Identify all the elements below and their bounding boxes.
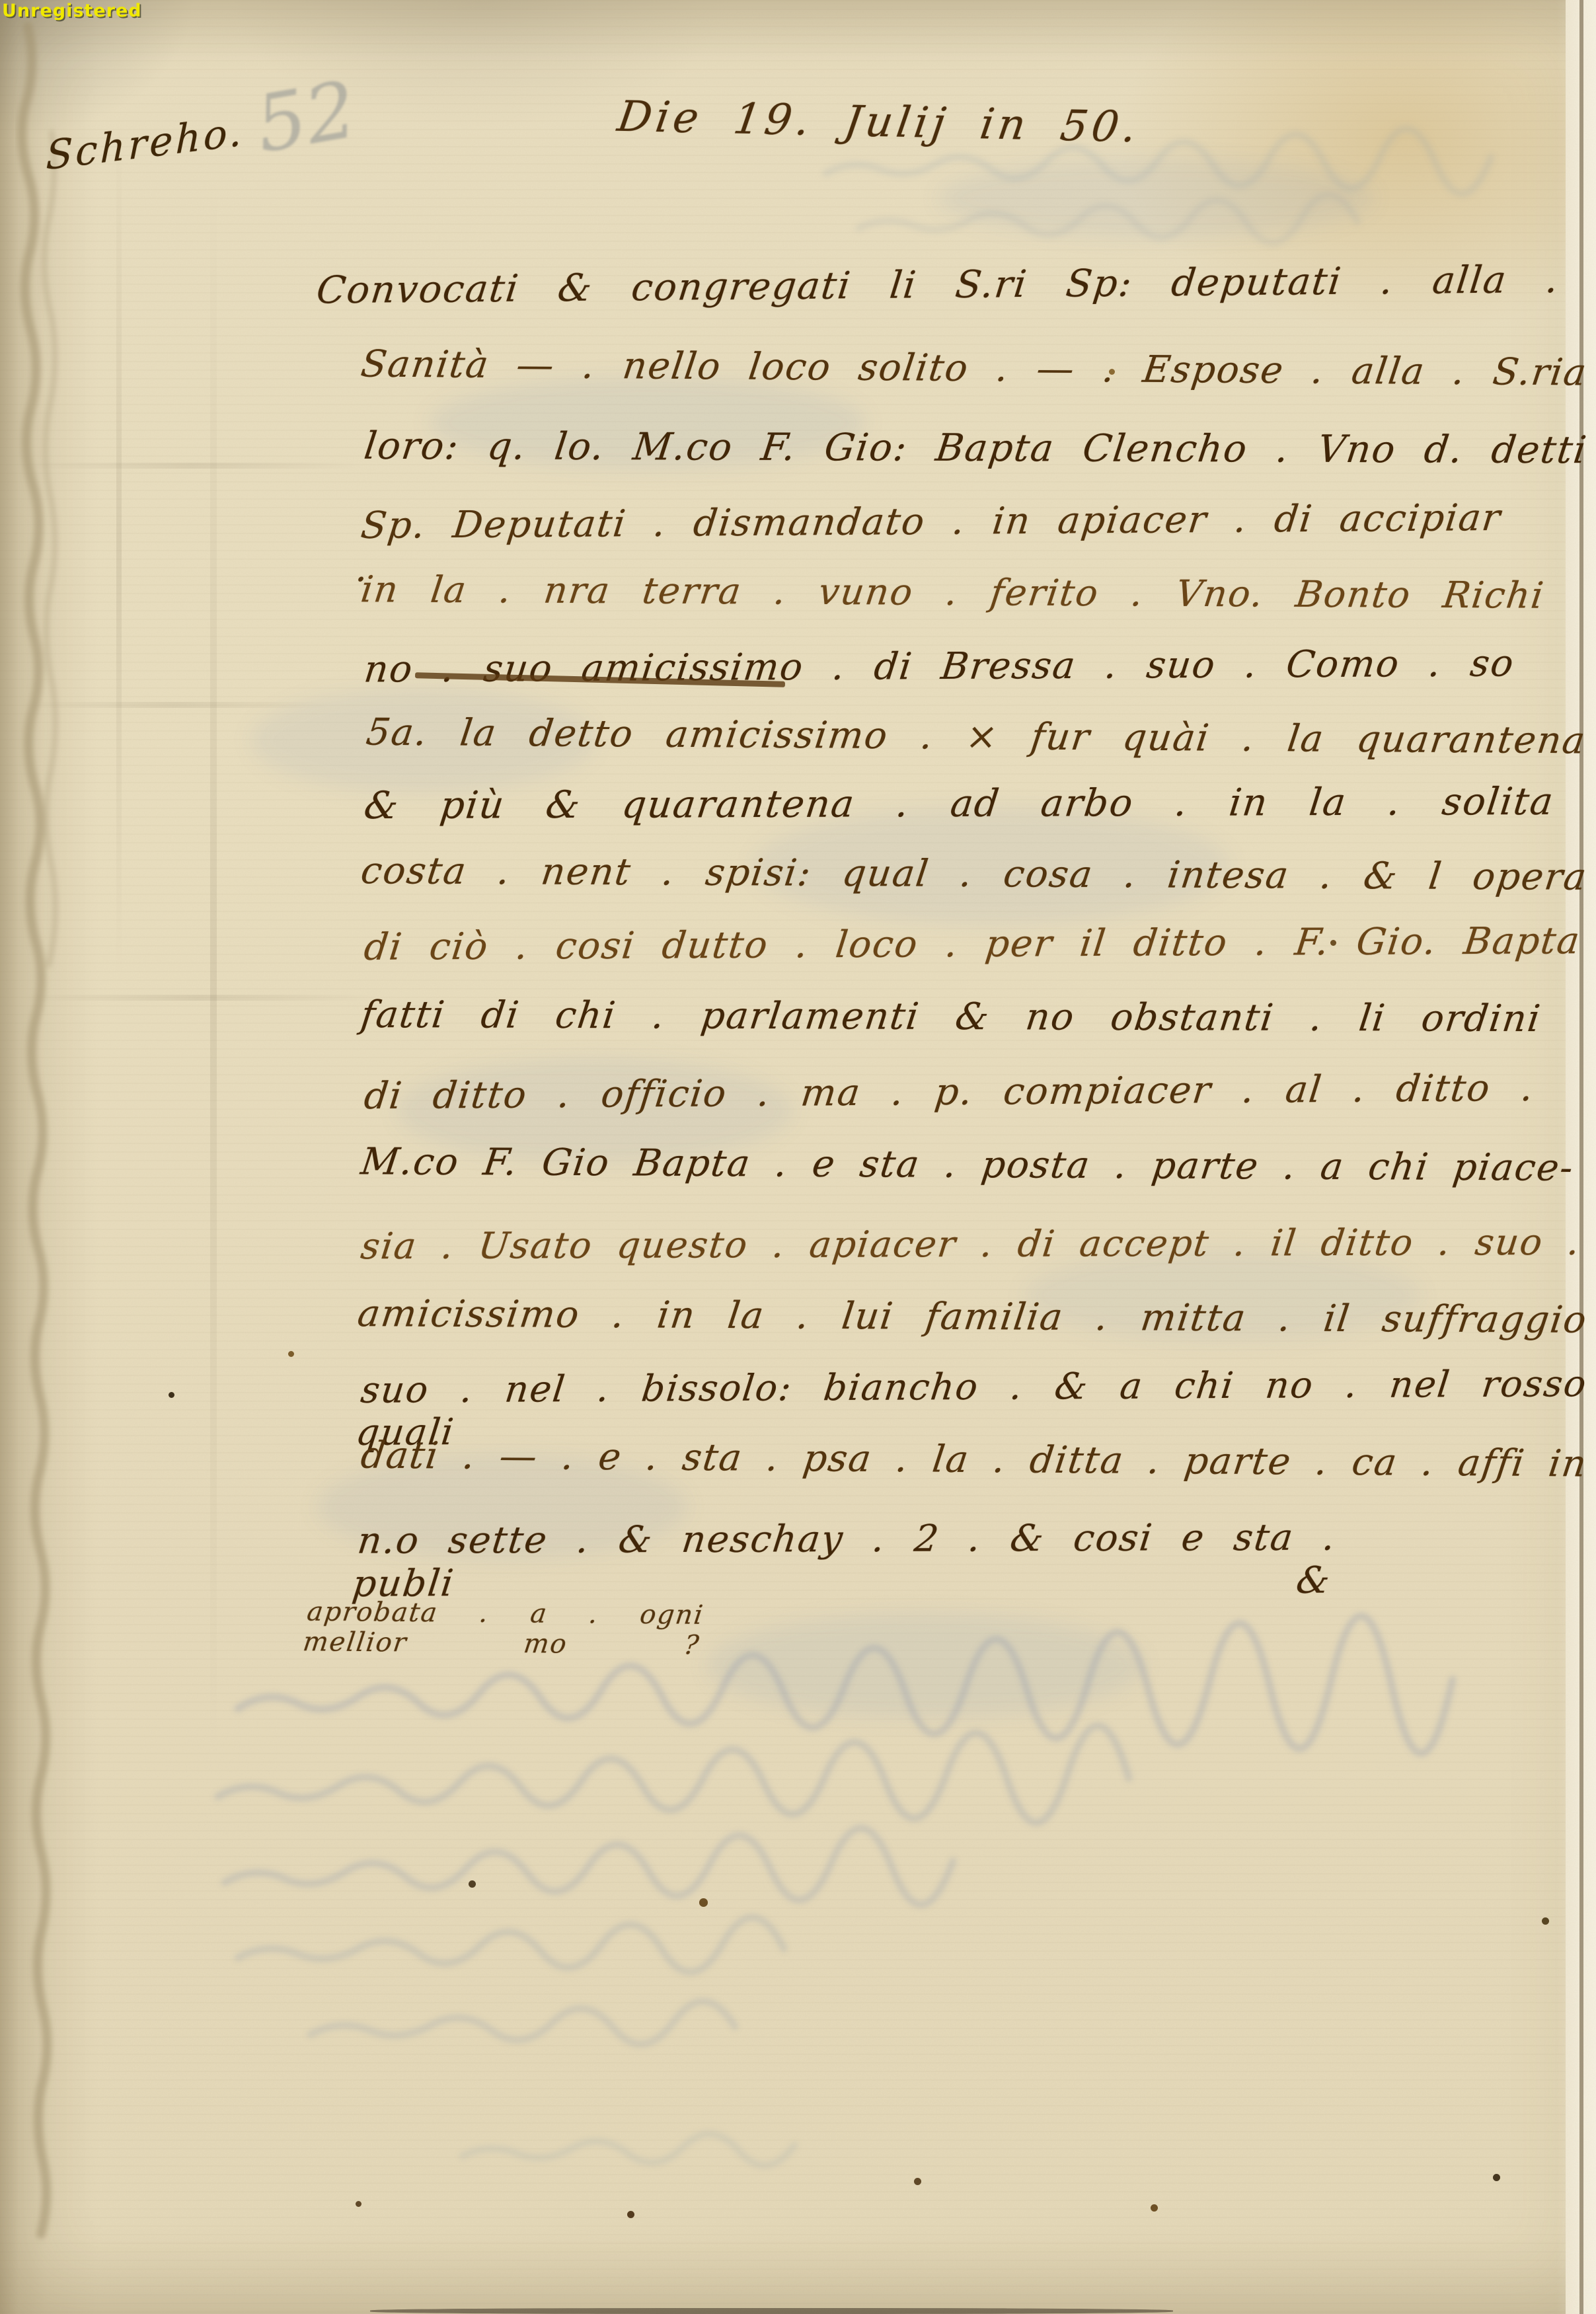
manuscript-line-8: & più & quarantena . ad arbo . in la . s… xyxy=(360,780,1557,843)
manuscript-line-1: Convocati & congregati li S.ri Sp: deput… xyxy=(313,258,1562,328)
manuscript-line-18: n.o sette . & neschay . 2 . & cosi e sta… xyxy=(354,1516,1339,1578)
manuscript-line-10: di ciò . cosi dutto . loco . per il ditt… xyxy=(360,919,1583,985)
manuscript-line-16: suo . nel . bissolo: biancho . & a chi n… xyxy=(357,1362,1590,1428)
manuscript-line-12: di ditto . officio . ma . p. compiacer .… xyxy=(360,1067,1537,1134)
unregistered-watermark: Unregistered xyxy=(2,1,142,21)
manuscript-line-7: 5a. la detto amicissimo . ⨯ fur quài . l… xyxy=(361,711,1589,779)
manuscript-line-2: Sanità — . nello loco solito . — . Espos… xyxy=(356,343,1590,411)
manuscript-line-11: fatti di chi . parlamenti & no obstanti … xyxy=(356,993,1543,1057)
manuscript-line-3: loro: q. lo. M.co F. Gio: Bapta Clencho … xyxy=(360,424,1589,488)
manuscript-line-13: M.co F. Gio Bapta . e sta . posta . part… xyxy=(356,1140,1576,1206)
manuscript-line-19: aprobata . a . ogni mellior mo ? xyxy=(301,1596,706,1659)
manuscript-line-14: sia . Usato questo . apiacer . di accept… xyxy=(357,1221,1583,1284)
manuscript-line-17: dati . — . e . sta . psa . la . ditta . … xyxy=(356,1434,1590,1502)
manuscript-line-15: amicissimo . in la . lui familia . mitta… xyxy=(353,1292,1589,1358)
scanned-manuscript-page: Unregistered 52 Schreho. Die 19. Julij i… xyxy=(0,0,1596,2314)
manuscript-line-5: in la . nra terra . vuno . ferito . Vno.… xyxy=(356,568,1546,633)
manuscript-line-9: costa . nent . spisi: qual . cosa . inte… xyxy=(356,849,1589,915)
manuscript-line-4: Sp. Deputati . dismandato . in apiacer .… xyxy=(357,496,1503,564)
